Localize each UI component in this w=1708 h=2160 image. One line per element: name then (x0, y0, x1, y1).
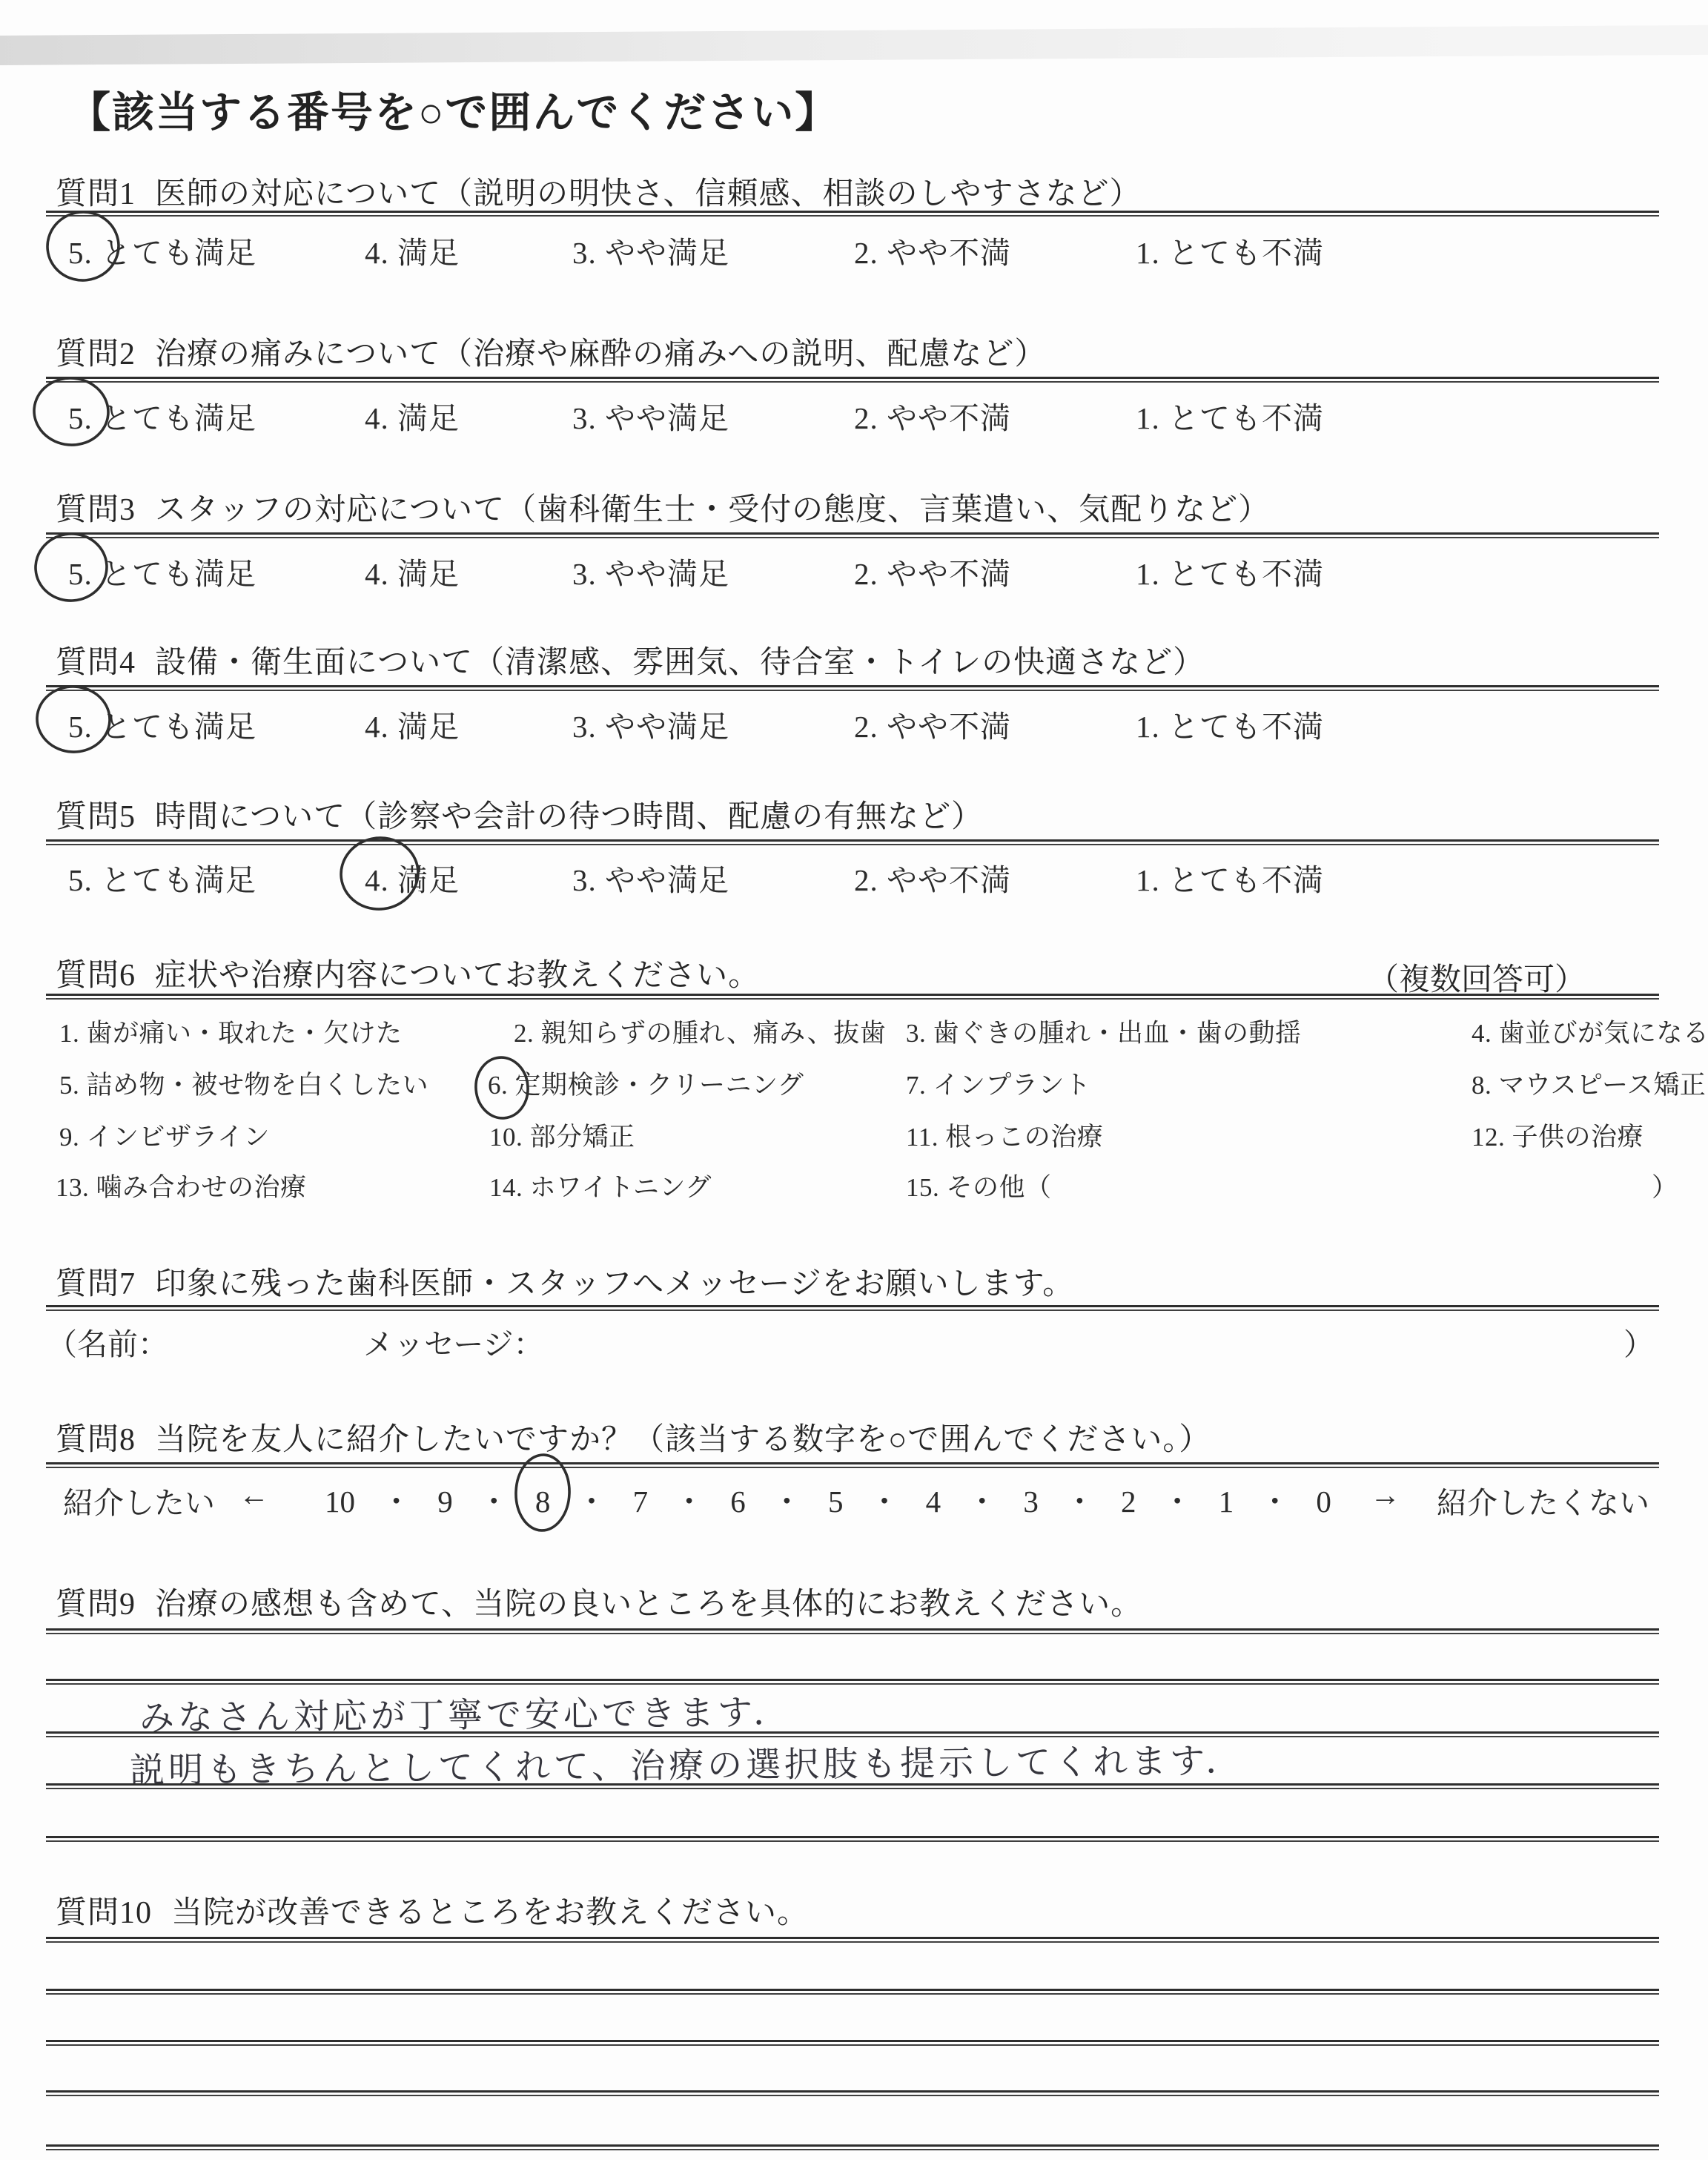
question-2-header: 質問2 治療の痛みについて（治療や麻酔の痛みへの説明、配慮など） (56, 329, 1046, 374)
header-underline (46, 1937, 1659, 1943)
symptom-item: 2. 親知らずの腫れ、痛み、抜歯 (514, 1013, 886, 1050)
header-underline (46, 839, 1659, 845)
question-label: 質問4 (56, 638, 136, 682)
rating-option: 4. 満足 (365, 702, 460, 746)
question-title: 治療の感想も含めて、当院の良いところを具体的にお教えください。 (155, 1579, 1142, 1624)
question-label: 質問1 (56, 169, 136, 214)
nps-separator: ・ (674, 1477, 704, 1521)
question-label: 質問6 (56, 951, 136, 995)
rating-option: 1. とても不満 (1136, 856, 1324, 899)
scan-artifact-band (0, 25, 1708, 65)
rating-option: 5. とても満足 (68, 394, 256, 437)
symptom-item: 13. 噛み合わせの治療 (56, 1167, 307, 1204)
question-8-header: 質問8 当院を友人に紹介したいですか？（該当する数字を○で囲んでください。） (56, 1415, 1211, 1459)
symptom-item: 15. その他（ (906, 1167, 1052, 1204)
nps-separator: ・ (870, 1477, 900, 1521)
nps-value: 9 (437, 1484, 453, 1519)
nps-separator: ・ (967, 1477, 997, 1521)
question-label: 質問3 (56, 485, 136, 529)
question-3-header: 質問3 スタッフの対応について（歯科衛生士・受付の態度、言葉遣い、気配りなど） (56, 485, 1270, 529)
symptom-item: 8. マウスピース矯正 (1472, 1065, 1706, 1102)
rating-option: 2. やや不満 (854, 702, 1011, 746)
instruction-title: 【該当する番号を○で囲んでください】 (68, 79, 838, 139)
rating-option: 1. とても不満 (1136, 394, 1324, 437)
question-4-header: 質問4 設備・衛生面について（清潔感、雰囲気、待合室・トイレの快適さなど） (56, 638, 1205, 682)
rating-option: 5. とても満足 (68, 702, 256, 746)
question-label: 質問5 (56, 792, 136, 836)
rating-option: 3. やや満足 (572, 549, 729, 593)
question-title: 印象に残った歯科医師・スタッフへメッセージをお願いします。 (155, 1259, 1074, 1304)
name-field-label: （名前： (47, 1320, 168, 1364)
question-label: 質問9 (56, 1579, 136, 1624)
rating-option: 3. やや満足 (572, 228, 729, 272)
symptom-item: 10. 部分矯正 (489, 1117, 635, 1154)
symptom-item: 5. 詰め物・被せ物を白くしたい (59, 1065, 428, 1102)
nps-value: 1 (1219, 1484, 1234, 1519)
header-underline (46, 994, 1659, 1000)
rating-option: 5. とても満足 (68, 856, 256, 899)
question-1-header: 質問1 医師の対応について（説明の明快さ、信頼感、相談のしやすさなど） (56, 169, 1142, 214)
symptom-item: 1. 歯が痛い・取れた・欠けた (59, 1013, 403, 1050)
rating-option: 4. 満足 (365, 549, 460, 593)
rating-option: 5. とても満足 (68, 228, 256, 272)
nps-separator: ・ (479, 1477, 509, 1521)
rating-option: 4. 満足 (365, 228, 460, 272)
nps-value: 6 (730, 1484, 746, 1519)
symptom-item: 6. 定期検診・クリーニング (488, 1065, 804, 1102)
rating-option: 5. とても満足 (68, 549, 256, 593)
question-title: 設備・衛生面について（清潔感、雰囲気、待合室・トイレの快適さなど） (155, 638, 1205, 682)
question-title: 時間について（診察や会計の待つ時間、配慮の有無など） (155, 792, 983, 836)
other-close-paren: ） (1652, 1167, 1678, 1204)
ruled-line (46, 1989, 1659, 1995)
rating-option: 1. とても不満 (1136, 702, 1324, 746)
symptom-item: 11. 根っこの治療 (906, 1117, 1103, 1154)
nps-value: 5 (828, 1484, 844, 1519)
nps-right-label: 紹介したくない (1437, 1479, 1649, 1522)
header-underline (46, 211, 1659, 217)
ruled-line (46, 1679, 1659, 1685)
question-10-header: 質問10 当院が改善できるところをお教えください。 (56, 1888, 809, 1932)
nps-separator: ・ (772, 1477, 802, 1521)
question-title: 症状や治療内容についてお教えください。 (155, 951, 760, 995)
symptom-item: 3. 歯ぐきの腫れ・出血・歯の動揺 (906, 1013, 1302, 1050)
ruled-line (46, 2144, 1659, 2150)
nps-separator: ・ (1162, 1477, 1193, 1521)
symptom-item: 14. ホワイトニング (489, 1167, 712, 1204)
nps-value: 10 (325, 1484, 355, 1519)
symptom-item: 12. 子供の治療 (1472, 1117, 1644, 1154)
rating-option: 4. 満足 (365, 856, 460, 899)
question-9-header: 質問9 治療の感想も含めて、当院の良いところを具体的にお教えください。 (56, 1579, 1142, 1624)
header-underline (46, 1462, 1659, 1468)
rating-option: 2. やや不満 (854, 394, 1011, 437)
nps-separator: ・ (1260, 1477, 1290, 1521)
header-underline (46, 532, 1659, 538)
rating-option: 1. とても不満 (1136, 228, 1324, 272)
rating-option: 3. やや満足 (572, 856, 729, 899)
question-6-header: 質問6 症状や治療内容についてお教えください。 (56, 951, 760, 995)
question-title: 医師の対応について（説明の明快さ、信頼感、相談のしやすさなど） (155, 169, 1141, 214)
multiple-answers-note: （複数回答可） (1368, 955, 1586, 1000)
rating-option: 2. やや不満 (854, 228, 1011, 272)
nps-scale: 10 ・ 9 ・ 8 ・ 7 ・ 6 ・ 5 ・ 4 ・ 3 ・ 2 ・ 1 ・… (325, 1477, 1331, 1521)
rating-option: 2. やや不満 (854, 856, 1011, 899)
question-label: 質問2 (56, 329, 136, 374)
header-underline (46, 685, 1659, 691)
rating-option: 2. やや不満 (854, 549, 1011, 593)
nps-left-label: 紹介したい (63, 1479, 215, 1522)
question-title: 当院が改善できるところをお教えください。 (171, 1888, 809, 1932)
ruled-line (46, 1783, 1659, 1789)
header-underline (46, 377, 1659, 383)
question-5-header: 質問5 時間について（診察や会計の待つ時間、配慮の有無など） (56, 792, 983, 836)
nps-value: 0 (1316, 1484, 1331, 1519)
question-title: 治療の痛みについて（治療や麻酔の痛みへの説明、配慮など） (155, 329, 1046, 374)
question-7-header: 質問7 印象に残った歯科医師・スタッフへメッセージをお願いします。 (56, 1259, 1074, 1304)
ruled-line (46, 1836, 1659, 1842)
nps-value: 2 (1121, 1484, 1136, 1519)
nps-value: 7 (633, 1484, 649, 1519)
nps-separator: ・ (381, 1477, 411, 1521)
header-underline (46, 1628, 1659, 1634)
nps-value: 3 (1023, 1484, 1039, 1519)
question-label: 質問7 (56, 1259, 136, 1304)
left-arrow-icon: ← (239, 1477, 269, 1513)
nps-value: 4 (926, 1484, 941, 1519)
right-arrow-icon: → (1370, 1477, 1400, 1513)
message-field-label: メッセージ： (363, 1320, 544, 1364)
ruled-line (46, 2040, 1659, 2046)
question-title: 当院を友人に紹介したいですか？（該当する数字を○で囲んでください。） (155, 1415, 1211, 1459)
nps-separator: ・ (576, 1477, 606, 1521)
rating-option: 3. やや満足 (572, 702, 729, 746)
ruled-line (46, 2090, 1659, 2096)
symptom-item: 7. インプラント (906, 1065, 1091, 1102)
rating-option: 3. やや満足 (572, 394, 729, 437)
field-close-paren: ） (1623, 1320, 1654, 1364)
question-label: 質問10 (56, 1888, 152, 1932)
nps-separator: ・ (1065, 1477, 1095, 1521)
header-underline (46, 1305, 1659, 1311)
rating-option: 4. 満足 (365, 394, 460, 437)
rating-option: 1. とても不満 (1136, 549, 1324, 593)
symptom-item: 4. 歯並びが気になる (1472, 1013, 1708, 1050)
question-label: 質問8 (56, 1415, 136, 1459)
nps-value: 8 (535, 1484, 551, 1519)
survey-page: 【該当する番号を○で囲んでください】 質問1 医師の対応について（説明の明快さ、… (0, 0, 1708, 2160)
symptom-item: 9. インビザライン (59, 1117, 270, 1154)
question-title: スタッフの対応について（歯科衛生士・受付の態度、言葉遣い、気配りなど） (155, 485, 1270, 529)
